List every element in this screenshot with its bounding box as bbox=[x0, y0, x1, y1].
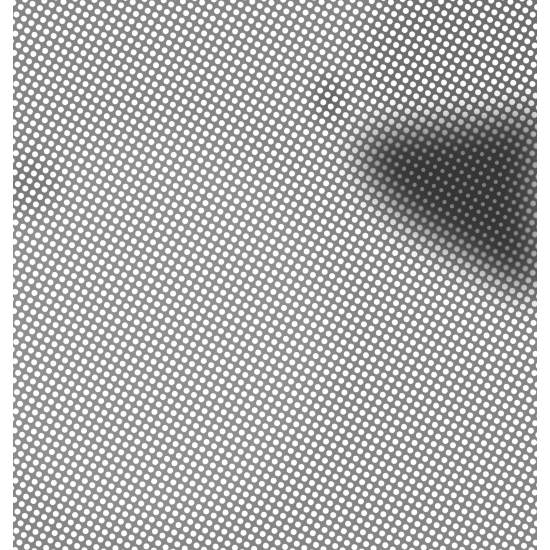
printed-area bbox=[0, 0, 550, 550]
halftone-photo bbox=[0, 0, 550, 550]
right-margin bbox=[537, 0, 550, 550]
left-margin bbox=[0, 0, 13, 550]
